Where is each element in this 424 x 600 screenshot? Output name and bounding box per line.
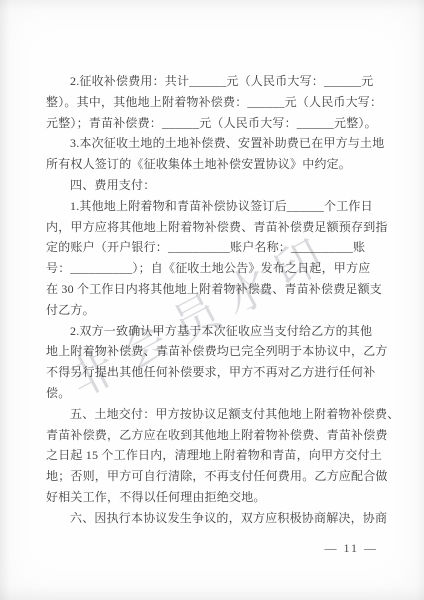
text-line: 地；否则，甲方可自行清除，不再支付任何费用。乙方应配合做: [46, 466, 380, 487]
text-line: 付乙方。: [46, 300, 380, 321]
text-line: 3.本次征收土地的土地补偿费、安置补助费已在甲方与土地: [46, 133, 380, 154]
text-line: 好相关工作，不得以任何理由拒绝交地。: [46, 487, 380, 508]
text-line: 2.双方一致确认甲方基于本次征收应当支付给乙方的其他: [46, 321, 380, 342]
text-line: 偿。: [46, 383, 380, 404]
text-line: 1.其他地上附着物和青苗补偿协议签订后______个工作日: [46, 196, 380, 217]
document-body: 2.征收补偿费用：共计______元（人民币大写：______元整）。其中，其他…: [46, 71, 380, 529]
text-line: 青苗补偿费，乙方应在收到其他地上附着物补偿费、青苗补偿费: [46, 425, 380, 446]
text-line: 在 30 个工作日内将其他地上附着物补偿费、青苗补偿费足额支: [46, 279, 380, 300]
text-line: 整）。其中，其他地上附着物补偿费：______元（人民币大写：: [46, 92, 380, 113]
text-line: 不得另行提出其他任何补偿要求，甲方不再对乙方进行任何补: [46, 362, 380, 383]
text-line: 内，甲方应将其他地上附着物补偿费、青苗补偿费足额预存到指: [46, 217, 380, 238]
text-line: 元整）；青苗补偿费：______元（人民币大写：______元整）。: [46, 113, 380, 134]
scanned-document-page: 非会员水印 2.征收补偿费用：共计______元（人民币大写：______元整）…: [0, 0, 424, 600]
page-number: — 11 —: [324, 541, 378, 556]
text-line: 定的账户（开户银行：__________账户名称：__________账: [46, 237, 380, 258]
text-line: 所有权人签订的《征收集体土地补偿安置协议》中约定。: [46, 154, 380, 175]
text-line: 五、土地交付：甲方按协议足额支付其他地上附着物补偿费、: [46, 404, 380, 425]
text-line: 地上附着物补偿费、青苗补偿费均已完全列明于本协议中，乙方: [46, 341, 380, 362]
text-line: 2.征收补偿费用：共计______元（人民币大写：______元: [46, 71, 380, 92]
text-line: 号：__________）；自《征收土地公告》发布之日起，甲方应: [46, 258, 380, 279]
text-line: 之日起 15 个工作日内，清理地上附着物和青苗，向甲方交付土: [46, 445, 380, 466]
text-line: 六、因执行本协议发生争议的，双方应积极协商解决，协商: [46, 508, 380, 529]
text-line: 四、费用支付：: [46, 175, 380, 196]
